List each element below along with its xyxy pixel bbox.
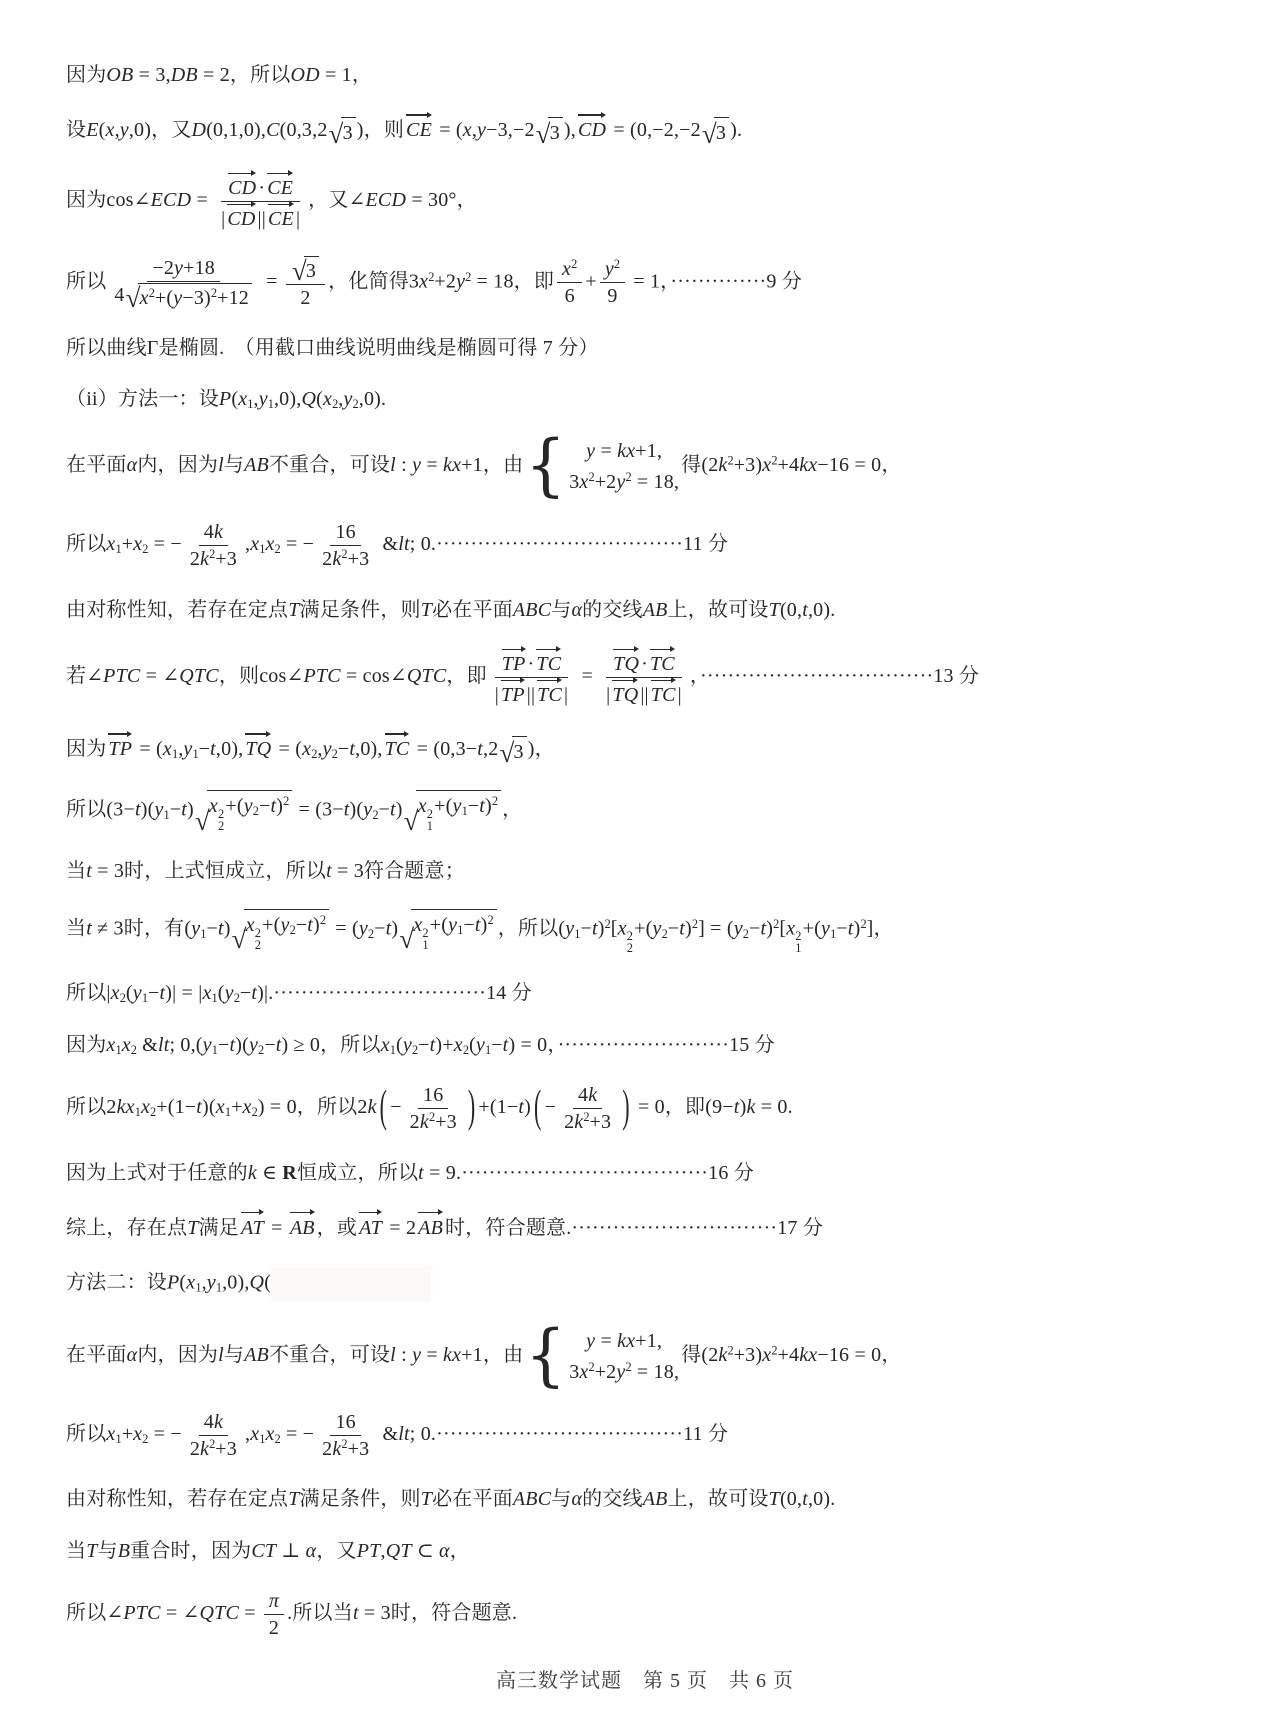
solution-line-12: 所以(3−t)(y1−t)√x22+(y2−t)2 = (3−t)(y2−t)√… (66, 790, 1224, 832)
solution-line-18: 因为上式对于任意的k ∈ R恒成立，所以t = 9.··············… (66, 1160, 1224, 1186)
erased-region (271, 1266, 431, 1302)
solution-line-5: 所以曲线Γ是椭圆. （用截口曲线说明曲线是椭圆可得 7 分） (66, 335, 1224, 361)
solution-line-9: 由对称性知，若存在定点T满足条件，则T必在平面ABC与α的交线AB上，故可设T(… (66, 597, 1224, 623)
solution-line-7: 在平面α内，因为l与AB不重合，可设l : y = kx+1，由{y = kx+… (66, 438, 1224, 495)
solution-line-3: 因为cos∠ECD = CD·CE|CD||CE|，又∠ECD = 30°， (66, 172, 1224, 231)
page-footer: 高三数学试题 第 5 页 共 6 页 (66, 1640, 1224, 1693)
solution-line-21: 在平面α内，因为l与AB不重合，可设l : y = kx+1，由{y = kx+… (66, 1328, 1224, 1385)
solution-line-20: 方法二：设P(x1,y1,0),Q( (66, 1266, 1224, 1302)
solution-line-23: 由对称性知，若存在定点T满足条件，则T必在平面ABC与α的交线AB上，故可设T(… (66, 1486, 1224, 1512)
solution-line-6: （ii）方法一：设P(x1,y1,0),Q(x2,y2,0). (66, 386, 1224, 412)
solution-line-14: 当t ≠ 3时，有(y1−t)√x22+(y2−t)2 = (y2−t)√x21… (66, 909, 1224, 955)
exam-solution-page: 因为OB = 3,DB = 2，所以OD = 1，设E(x,y,0)，又D(0,… (0, 0, 1280, 1719)
solution-line-4: 所以−2y+184√x2+(y−3)2+12 = √32，化简得3x2+2y2 … (66, 256, 1224, 310)
solution-lines: 因为OB = 3,DB = 2，所以OD = 1，设E(x,y,0)，又D(0,… (66, 62, 1224, 1640)
solution-line-2: 设E(x,y,0)，又D(0,1,0),C(0,3,2√3)，则CE = (x,… (66, 113, 1224, 146)
solution-line-8: 所以x1+x2 = −4k2k2+3,x1x2 = −162k2+3 &lt; … (66, 520, 1224, 571)
solution-line-11: 因为TP = (x1,y1−t,0),TQ = (x2,y2−t,0),TC =… (66, 732, 1224, 765)
solution-line-16: 因为x1x2 &lt; 0,(y1−t)(y2−t) ≥ 0，所以x1(y2−t… (66, 1032, 1224, 1058)
solution-line-22: 所以x1+x2 = −4k2k2+3,x1x2 = −162k2+3 &lt; … (66, 1410, 1224, 1461)
solution-line-1: 因为OB = 3,DB = 2，所以OD = 1， (66, 62, 1224, 88)
solution-line-25: 所以∠PTC = ∠QTC = π2.所以当t = 3时，符合题意. (66, 1589, 1224, 1640)
solution-line-10: 若∠PTC = ∠QTC，则cos∠PTC = cos∠QTC，即TP·TC|T… (66, 648, 1224, 707)
solution-line-24: 当T与B重合时，因为CT ⊥ α，又PT,QT ⊂ α， (66, 1538, 1224, 1564)
solution-line-19: 综上，存在点T满足AT = AB，或AT = 2AB时，符合题意.·······… (66, 1211, 1224, 1241)
solution-line-15: 所以|x2(y1−t)| = |x1(y2−t)|.··············… (66, 980, 1224, 1006)
solution-line-17: 所以2kx1x2+(1−t)(x1+x2) = 0，所以2k(−162k2+3)… (66, 1083, 1224, 1134)
solution-line-13: 当t = 3时，上式恒成立，所以t = 3符合题意； (66, 858, 1224, 884)
